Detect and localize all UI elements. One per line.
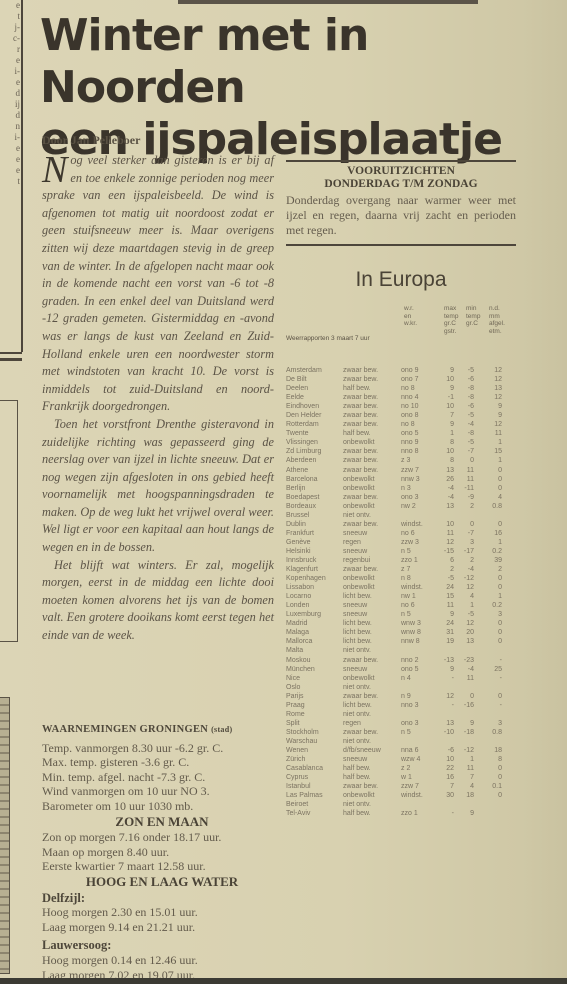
sun-moon-title: ZON EN MAAN	[42, 815, 282, 830]
table-row: Malagalicht bew.wnw 831200	[286, 628, 518, 637]
table-row: Zd Limburgzwaar bew.nno 810-715	[286, 447, 518, 456]
precipitation-cell: 0	[482, 466, 502, 475]
text-fragment: t	[0, 11, 22, 22]
text-fragment: i-	[0, 132, 22, 143]
max-temp-cell: -13	[436, 656, 454, 665]
max-temp-cell: 8	[436, 438, 454, 447]
text-fragment: e	[0, 0, 22, 11]
table-row: Moskouzwaar bew.nno 2-13-23-	[286, 656, 518, 665]
min-temp-cell: -23	[456, 656, 474, 665]
min-temp-cell: -9	[456, 493, 474, 502]
wind-cell: zzo 1	[401, 809, 418, 818]
min-temp-cell: -5	[456, 366, 474, 375]
condition-cell: zwaar bew.	[343, 466, 378, 475]
min-temp-cell: -6	[456, 375, 474, 384]
precipitation-cell: 9	[482, 411, 502, 420]
obs-line: Wind vanmorgen om 10 uur NO 3.	[42, 784, 282, 799]
city-cell: Barcelona	[286, 475, 318, 484]
table-row: Aberdeenzwaar bew.z 3801	[286, 456, 518, 465]
precipitation-cell: 2	[482, 565, 502, 574]
table-row: Locarnolicht bew.nw 11541	[286, 592, 518, 601]
wind-cell: wnw 8	[401, 628, 421, 637]
condition-cell: zwaar bew.	[343, 393, 378, 402]
condition-cell: zwaar bew.	[343, 447, 378, 456]
condition-cell: zwaar bew.	[343, 728, 378, 737]
city-cell: Lissabon	[286, 583, 314, 592]
max-temp-cell: 24	[436, 619, 454, 628]
divider-rule	[0, 352, 22, 354]
min-temp-cell: 11	[456, 764, 474, 773]
table-row: Brusselniet ontv.	[286, 511, 518, 520]
column-divider	[21, 0, 23, 352]
min-temp-cell: -5	[456, 438, 474, 447]
wind-cell: ono 3	[401, 493, 419, 502]
precipitation-cell: -	[482, 701, 502, 710]
condition-cell: licht bew.	[343, 701, 372, 710]
precipitation-cell: 0	[482, 583, 502, 592]
table-row: Romeniet ontv.	[286, 710, 518, 719]
condition-cell: zwaar bew.	[343, 656, 378, 665]
outlook-title: VOORUITZICHTEN DONDERDAG T/M ZONDAG	[286, 165, 516, 191]
city-cell: Locarno	[286, 592, 311, 601]
city-cell: München	[286, 665, 315, 674]
precipitation-cell: 1	[482, 438, 502, 447]
precipitation-cell: 0.2	[482, 601, 502, 610]
precipitation-cell: 9	[482, 402, 502, 411]
city-cell: Las Palmas	[286, 791, 323, 800]
condition-cell: half bew.	[343, 384, 371, 393]
city-cell: Helsinki	[286, 547, 311, 556]
sun-moon-line: Zon op morgen 7.16 onder 18.17 uur.	[42, 830, 282, 845]
city-cell: Cyprus	[286, 773, 308, 782]
max-temp-cell: 19	[436, 637, 454, 646]
table-row: Helsinkisneeuwn 5-15-170.2	[286, 547, 518, 556]
divider-rule	[286, 160, 516, 162]
paragraph-3: Het blijft wat winters. Er zal, mogelijk…	[42, 557, 274, 645]
max-temp-cell: 10	[436, 447, 454, 456]
precipitation-cell: 0.8	[482, 728, 502, 737]
min-temp-cell: -5	[456, 411, 474, 420]
wind-cell: nno 9	[401, 438, 419, 447]
newspaper-page: etj-c-rei-edijdni-eeet Winter met in Noo…	[0, 0, 567, 978]
observations-title: WAARNEMINGEN GRONINGEN (stad)	[42, 723, 282, 738]
table-row: Maltaniet ontv.	[286, 646, 518, 655]
table-row: Tel-Avivhalf bew.zzo 1-9	[286, 809, 518, 818]
table-row: De Biltzwaar bew.ono 710-612	[286, 375, 518, 384]
table-row: Kopenhagenonbewolktn 8-5-120	[286, 574, 518, 583]
condition-cell: zwaar bew.	[343, 692, 378, 701]
precipitation-cell: 0	[482, 791, 502, 800]
table-row: Genèveregenzzw 31231	[286, 538, 518, 547]
condition-cell: half bew.	[343, 773, 371, 782]
precipitation-cell: 0	[482, 574, 502, 583]
obs-line: Min. temp. afgel. nacht -7.3 gr. C.	[42, 770, 282, 785]
page-bottom-edge	[0, 978, 567, 984]
condition-cell: regen	[343, 719, 361, 728]
observations-block: WAARNEMINGEN GRONINGEN (stad) Temp. vanm…	[42, 723, 282, 982]
max-temp-cell: -	[436, 809, 454, 818]
wind-cell: wnw 3	[401, 619, 421, 628]
min-temp-cell: -17	[456, 547, 474, 556]
city-cell: Innsbruck	[286, 556, 316, 565]
condition-cell: niet ontv.	[343, 511, 371, 520]
precipitation-cell: 25	[482, 665, 502, 674]
condition-cell: d/fb/sneeuw	[343, 746, 381, 755]
max-temp-cell: 9	[436, 384, 454, 393]
city-cell: Casablanca	[286, 764, 323, 773]
table-row: Barcelonaonbewolktnnw 326110	[286, 475, 518, 484]
table-row: Twentehalf bew.ono 51-811	[286, 429, 518, 438]
max-temp-cell: 15	[436, 592, 454, 601]
condition-cell: onbewolkt	[343, 574, 375, 583]
city-cell: Madrid	[286, 619, 307, 628]
table-row: Lissabononbewolktwindst.24120	[286, 583, 518, 592]
max-temp-cell: 8	[436, 456, 454, 465]
precipitation-cell: 3	[482, 610, 502, 619]
condition-cell: licht bew.	[343, 637, 372, 646]
condition-cell: niet ontv.	[343, 800, 371, 809]
city-cell: Amsterdam	[286, 366, 322, 375]
precipitation-cell: 0.1	[482, 782, 502, 791]
precipitation-cell: 8	[482, 755, 502, 764]
wind-cell: n 5	[401, 547, 411, 556]
obs-line: Temp. vanmorgen 8.30 uur -6.2 gr. C.	[42, 741, 282, 756]
city-cell: Nice	[286, 674, 300, 683]
condition-cell: sneeuw	[343, 529, 367, 538]
table-row: Boedapestzwaar bew.ono 3-4-94	[286, 493, 518, 502]
city-cell: Den Helder	[286, 411, 321, 420]
condition-cell: niet ontv.	[343, 710, 371, 719]
table-row: Londensneeuwno 61110.2	[286, 601, 518, 610]
text-fragment: e	[0, 143, 22, 154]
table-row: Amsterdamzwaar bew.ono 99-512	[286, 366, 518, 375]
city-cell: Berlijn	[286, 484, 305, 493]
min-temp-cell: -7	[456, 529, 474, 538]
condition-cell: onbewolkt	[343, 484, 375, 493]
wind-cell: ono 8	[401, 411, 419, 420]
table-row: Splitregenono 31393	[286, 719, 518, 728]
min-temp-cell: -8	[456, 384, 474, 393]
wind-cell: no 10	[401, 402, 419, 411]
drop-cap: N	[42, 154, 67, 186]
condition-cell: zwaar bew.	[343, 565, 378, 574]
wind-cell: nno 8	[401, 447, 419, 456]
max-temp-cell: 24	[436, 583, 454, 592]
condition-cell: zwaar bew.	[343, 782, 378, 791]
condition-cell: zwaar bew.	[343, 411, 378, 420]
city-cell: Istanbul	[286, 782, 311, 791]
min-temp-cell: 12	[456, 619, 474, 628]
min-temp-cell: 13	[456, 637, 474, 646]
min-temp-cell: 0	[456, 456, 474, 465]
wind-cell: ono 7	[401, 375, 419, 384]
min-temp-cell: -8	[456, 429, 474, 438]
precipitation-cell: 0.2	[482, 547, 502, 556]
min-temp-cell: 11	[456, 674, 474, 683]
table-row: Eeldezwaar bew.nno 4-1-812	[286, 393, 518, 402]
table-row: Deelenhalf bew.no 89-813	[286, 384, 518, 393]
precipitation-cell: 12	[482, 366, 502, 375]
outlook-box: VOORUITZICHTEN DONDERDAG T/M ZONDAG Dond…	[286, 160, 516, 246]
condition-cell: zwaar bew.	[343, 375, 378, 384]
min-temp-cell: 9	[456, 809, 474, 818]
max-temp-cell: 10	[436, 402, 454, 411]
wind-cell: n 8	[401, 574, 411, 583]
wind-cell: ono 9	[401, 366, 419, 375]
max-temp-cell: 22	[436, 764, 454, 773]
condition-cell: onbewolkt	[343, 674, 375, 683]
city-cell: Londen	[286, 601, 309, 610]
precipitation-cell: 0	[482, 764, 502, 773]
precipitation-cell: 0	[482, 628, 502, 637]
wind-cell: z 3	[401, 456, 410, 465]
condition-cell: onbewolkt	[343, 791, 375, 800]
wind-cell: zzw 7	[401, 466, 419, 475]
condition-cell: onbewolkt	[343, 475, 375, 484]
wind-cell: nnw 3	[401, 475, 420, 484]
obs-line: Max. temp. gisteren -3.6 gr. C.	[42, 755, 282, 770]
precipitation-cell: -	[482, 674, 502, 683]
table-row: Bordeauxonbewolktnw 21320.8	[286, 502, 518, 511]
condition-cell: sneeuw	[343, 665, 367, 674]
max-temp-cell: 9	[436, 610, 454, 619]
condition-cell: half bew.	[343, 809, 371, 818]
min-temp-cell: 0	[456, 520, 474, 529]
max-temp-cell: 11	[436, 529, 454, 538]
city-cell: Oslo	[286, 683, 300, 692]
header-wind: w.r.enw.kr.	[404, 305, 417, 328]
max-temp-cell: 9	[436, 366, 454, 375]
min-temp-cell: -6	[456, 402, 474, 411]
min-temp-cell: -8	[456, 393, 474, 402]
precipitation-cell: 0	[482, 484, 502, 493]
city-cell: Klagenfurt	[286, 565, 318, 574]
sun-moon-line: Maan op morgen 8.40 uur.	[42, 845, 282, 860]
table-row: Parijszwaar bew.n 91200	[286, 692, 518, 701]
precipitation-cell: 0	[482, 637, 502, 646]
min-temp-cell: 7	[456, 773, 474, 782]
byline: Door Jan Pelleboer	[42, 133, 140, 148]
europe-title: In Europa	[286, 268, 516, 292]
condition-cell: onbewolkt	[343, 502, 375, 511]
max-temp-cell: -15	[436, 547, 454, 556]
adjacent-photo	[0, 697, 10, 974]
condition-cell: zwaar bew.	[343, 402, 378, 411]
adjacent-column-fragments: etj-c-rei-edijdni-eeet	[0, 0, 22, 330]
max-temp-cell: -10	[436, 728, 454, 737]
table-row: Wenend/fb/sneeuwnna 6-6-1218	[286, 746, 518, 755]
table-row: Mallorcalicht bew.nnw 819130	[286, 637, 518, 646]
wind-cell: nw 1	[401, 592, 416, 601]
city-cell: Malaga	[286, 628, 309, 637]
min-temp-cell: 1	[456, 601, 474, 610]
precipitation-cell: 0	[482, 773, 502, 782]
wind-cell: z 7	[401, 565, 410, 574]
max-temp-cell: 9	[436, 665, 454, 674]
min-temp-cell: 11	[456, 475, 474, 484]
condition-cell: licht bew.	[343, 592, 372, 601]
condition-cell: onbewolkt	[343, 438, 375, 447]
city-cell: Split	[286, 719, 300, 728]
precipitation-cell: 13	[482, 384, 502, 393]
city-cell: Zd Limburg	[286, 447, 321, 456]
condition-cell: onbewolkt	[343, 583, 375, 592]
min-temp-cell: -7	[456, 447, 474, 456]
adjacent-illustration	[0, 400, 18, 642]
max-temp-cell: 13	[436, 466, 454, 475]
max-temp-cell: 12	[436, 692, 454, 701]
wind-cell: ono 3	[401, 719, 419, 728]
max-temp-cell: 7	[436, 411, 454, 420]
max-temp-cell: 10	[436, 520, 454, 529]
report-label: Weerrapporten 3 maart 7 uur	[286, 335, 370, 343]
city-cell: Twente	[286, 429, 309, 438]
city-cell: Warschau	[286, 737, 317, 746]
min-temp-cell: -5	[456, 610, 474, 619]
city-cell: Boedapest	[286, 493, 319, 502]
min-temp-cell: 20	[456, 628, 474, 637]
city-cell: Eindhoven	[286, 402, 319, 411]
min-temp-cell: 0	[456, 692, 474, 701]
city-cell: Moskou	[286, 656, 311, 665]
text-fragment: n	[0, 121, 22, 132]
precipitation-cell: 3	[482, 719, 502, 728]
precipitation-cell: 0	[482, 475, 502, 484]
precipitation-cell: 1	[482, 538, 502, 547]
text-fragment: t	[0, 176, 22, 187]
max-temp-cell: 30	[436, 791, 454, 800]
min-temp-cell: 12	[456, 583, 474, 592]
city-cell: Aberdeen	[286, 456, 316, 465]
table-row: Athenezwaar bew.zzw 713110	[286, 466, 518, 475]
min-temp-cell: -4	[456, 565, 474, 574]
precipitation-cell: 4	[482, 493, 502, 502]
divider-rule	[0, 358, 22, 361]
text-fragment: ij	[0, 99, 22, 110]
city-cell: Deelen	[286, 384, 308, 393]
table-row: Praaglicht bew.nno 3--16-	[286, 701, 518, 710]
city-cell: Rome	[286, 710, 305, 719]
max-temp-cell: 2	[436, 565, 454, 574]
condition-cell: zwaar bew.	[343, 520, 378, 529]
max-temp-cell: 10	[436, 755, 454, 764]
table-row: Eindhovenzwaar bew.no 1010-69	[286, 402, 518, 411]
city-cell: Athene	[286, 466, 308, 475]
wind-cell: nno 3	[401, 701, 419, 710]
city-cell: Parijs	[286, 692, 304, 701]
city-cell: Beiroet	[286, 800, 308, 809]
condition-cell: zwaar bew.	[343, 420, 378, 429]
precipitation-cell: 12	[482, 420, 502, 429]
tide-place: Delfzijl:	[42, 891, 282, 906]
table-row: Klagenfurtzwaar bew.z 72-42	[286, 565, 518, 574]
table-row: Madridlicht bew.wnw 324120	[286, 619, 518, 628]
city-cell: Praag	[286, 701, 305, 710]
precipitation-cell: 12	[482, 375, 502, 384]
table-row: Casablancahalf bew.z 222110	[286, 764, 518, 773]
city-cell: Frankfurt	[286, 529, 314, 538]
min-temp-cell: -16	[456, 701, 474, 710]
wind-cell: windst.	[401, 791, 423, 800]
condition-cell: sneeuw	[343, 601, 367, 610]
wind-cell: wzw 4	[401, 755, 420, 764]
min-temp-cell: 2	[456, 556, 474, 565]
wind-cell: nno 2	[401, 656, 419, 665]
table-row: Las Palmasonbewolktwindst.30180	[286, 791, 518, 800]
min-temp-cell: 2	[456, 502, 474, 511]
max-temp-cell: 16	[436, 773, 454, 782]
tides-title: HOOG EN LAAG WATER	[42, 875, 282, 890]
min-temp-cell: -4	[456, 665, 474, 674]
tide-line: Hoog morgen 2.30 en 15.01 uur.	[42, 905, 282, 920]
max-temp-cell: 6	[436, 556, 454, 565]
city-cell: Stockholm	[286, 728, 319, 737]
condition-cell: regen	[343, 538, 361, 547]
precipitation-cell: 0	[482, 619, 502, 628]
condition-cell: zwaar bew.	[343, 493, 378, 502]
condition-cell: licht bew.	[343, 628, 372, 637]
max-temp-cell: -	[436, 674, 454, 683]
wind-cell: n 3	[401, 484, 411, 493]
max-temp-cell: -5	[436, 574, 454, 583]
table-row: Stockholmzwaar bew.n 5-10-180.8	[286, 728, 518, 737]
table-row: Cyprushalf bew.w 11670	[286, 773, 518, 782]
precipitation-cell: 15	[482, 447, 502, 456]
text-fragment: e	[0, 154, 22, 165]
max-temp-cell: 11	[436, 601, 454, 610]
text-fragment: j-	[0, 22, 22, 33]
condition-cell: niet ontv.	[343, 646, 371, 655]
city-cell: Malta	[286, 646, 303, 655]
outlook-text: Donderdag overgang naar warmer weer met …	[286, 193, 516, 238]
text-fragment: e	[0, 77, 22, 88]
precipitation-cell: 1	[482, 456, 502, 465]
text-fragment: e	[0, 165, 22, 176]
city-cell: De Bilt	[286, 375, 307, 384]
table-row: Frankfurtsneeuwno 611-716	[286, 529, 518, 538]
precipitation-cell: 0	[482, 692, 502, 701]
min-temp-cell: 1	[456, 755, 474, 764]
min-temp-cell: 9	[456, 719, 474, 728]
table-row: Osloniet ontv.	[286, 683, 518, 692]
header-max: maxtempgr.Cgstr.	[444, 305, 458, 335]
text-fragment: i-	[0, 66, 22, 77]
wind-cell: no 6	[401, 529, 415, 538]
condition-cell: sneeuw	[343, 547, 367, 556]
article-body: Nog veel sterker dan gisteren is er bij …	[42, 152, 274, 645]
city-cell: Bordeaux	[286, 502, 316, 511]
table-row: Beiroetniet ontv.	[286, 800, 518, 809]
wind-cell: no 8	[401, 384, 415, 393]
wind-cell: n 5	[401, 728, 411, 737]
precipitation-cell: 12	[482, 393, 502, 402]
min-temp-cell: -4	[456, 420, 474, 429]
table-row: Warschauniet ontv.	[286, 737, 518, 746]
top-photo-edge	[178, 0, 478, 4]
condition-cell: niet ontv.	[343, 737, 371, 746]
table-row: Innsbruckregenbuizzo 16239	[286, 556, 518, 565]
wind-cell: n 9	[401, 692, 411, 701]
obs-line: Barometer om 10 uur 1030 mb.	[42, 799, 282, 814]
precipitation-cell: 0	[482, 520, 502, 529]
wind-cell: w 1	[401, 773, 412, 782]
text-fragment: r	[0, 44, 22, 55]
min-temp-cell: 4	[456, 782, 474, 791]
max-temp-cell: -6	[436, 746, 454, 755]
max-temp-cell: 1	[436, 429, 454, 438]
table-row: Luxemburgsneeuwn 59-53	[286, 610, 518, 619]
table-row: Zürichsneeuwwzw 41018	[286, 755, 518, 764]
